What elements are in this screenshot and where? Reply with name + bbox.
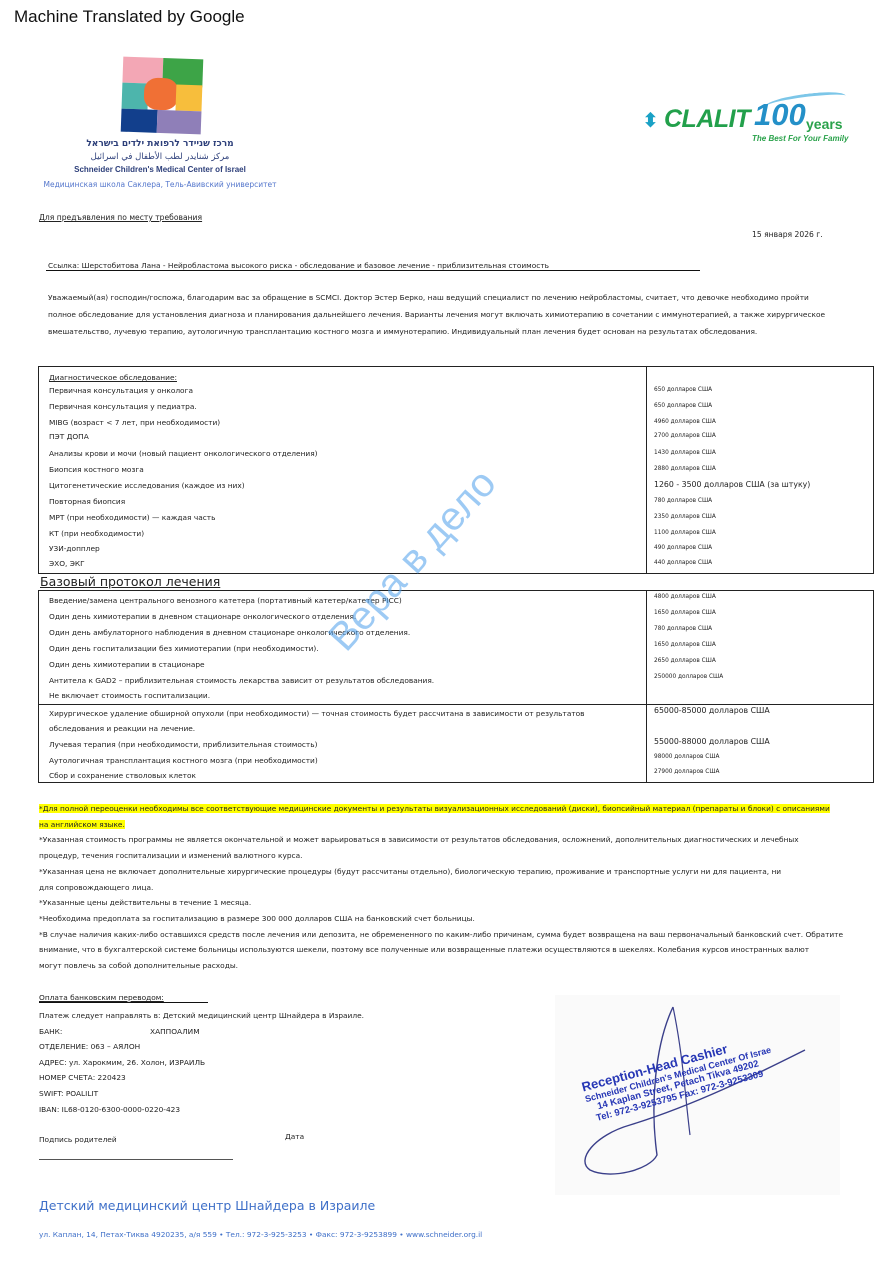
- protocol-row-price: 2650 долларов США: [654, 658, 716, 664]
- presentation-note: Для предъявления по месту требования: [39, 213, 202, 222]
- letter-date: 15 января 2026 г.: [752, 230, 823, 239]
- bank-branch: ОТДЕЛЕНИЕ: 063 – АЯЛОН: [39, 1039, 364, 1055]
- note-line: *Указанные цены действительны в течение …: [39, 895, 869, 911]
- machine-translation-banner: Machine Translated by Google: [14, 7, 245, 27]
- protocol-row-price: 1650 долларов США: [654, 610, 716, 616]
- parents-signature-label: Подпись родителей: [39, 1135, 117, 1144]
- diagnostics-row-label: Первичная консультация у онколога: [49, 386, 193, 395]
- bank-swift: SWIFT: POALILIT: [39, 1086, 364, 1102]
- protocol-title: Базовый протокол лечения: [40, 574, 220, 589]
- protocol-row-price: 780 долларов США: [654, 626, 712, 632]
- clalit-tagline: The Best For Your Family: [752, 134, 848, 143]
- diagnostics-row-price: 1260 - 3500 долларов США (за штуку): [654, 480, 810, 489]
- column-divider: [646, 367, 647, 573]
- note-line: *Указанная стоимость программы не являет…: [39, 832, 869, 848]
- schneider-logo-russian: Медицинская школа Саклера, Тель-Авивский…: [40, 180, 280, 189]
- protocol-row-label: Один день госпитализации без химиотерапи…: [49, 644, 319, 653]
- notes-section: *Для полной переоценки необходимы все со…: [39, 801, 869, 974]
- diagnostics-row-label: ПЭТ ДОПА: [49, 432, 89, 441]
- protocol-row-label: обследования и реакции на лечение.: [49, 724, 195, 733]
- diagnostics-row-label: ЭХО, ЭКГ: [49, 559, 85, 568]
- protocol-row-label: Аутологичная трансплантация костного моз…: [49, 756, 318, 765]
- note-line: процедур, течения госпитализации и измен…: [39, 848, 869, 864]
- protocol-table: Введение/замена центрального венозного к…: [38, 590, 874, 783]
- signature-line: [39, 1159, 233, 1160]
- diagnostics-row-price: 650 долларов США: [654, 403, 712, 409]
- clalit-years: years: [806, 116, 843, 132]
- bank-row: БАНК: ХАППОАЛИМ: [39, 1024, 364, 1040]
- diagnostics-row-label: УЗИ-допплер: [49, 544, 100, 553]
- protocol-row-price: 65000-85000 долларов США: [654, 706, 770, 715]
- bank-payee: Платеж следует направлять в: Детский мед…: [39, 1008, 364, 1024]
- diagnostics-row-price: 2880 долларов США: [654, 466, 716, 472]
- diagnostics-row-label: КТ (при необходимости): [49, 529, 144, 538]
- protocol-row-price: 250000 долларов США: [654, 674, 723, 680]
- schneider-logo-hebrew: מרכז שניידר לרפואת ילדים בישראל: [60, 139, 260, 149]
- bank-address: АДРЕС: ул. Харокмим, 26. Холон, ИЗРАИЛЬ: [39, 1055, 364, 1071]
- highlighted-note: *Для полной переоценки необходимы все со…: [39, 804, 830, 813]
- protocol-row-label: Лучевая терапия (при необходимости, приб…: [49, 740, 317, 749]
- column-divider: [646, 591, 647, 782]
- diagnostics-row-price: 1100 долларов США: [654, 530, 716, 536]
- reference-underline: [46, 270, 700, 271]
- row-divider: [39, 704, 873, 705]
- diagnostics-row-price: 490 долларов США: [654, 545, 712, 551]
- protocol-row-price: 4800 долларов США: [654, 594, 716, 600]
- bank-account: НОМЕР СЧЕТА: 220423: [39, 1070, 364, 1086]
- note-line: для сопровождающего лица.: [39, 880, 869, 896]
- diagnostics-row-label: Первичная консультация у педиатра.: [49, 402, 197, 411]
- note-line: могут повлечь за собой дополнительные ра…: [39, 958, 869, 974]
- diagnostics-row-label: Повторная биопсия: [49, 497, 125, 506]
- note-line: *Указанная цена не включает дополнительн…: [39, 864, 869, 880]
- diagnostics-row-price: 440 долларов США: [654, 560, 712, 566]
- diagnostics-row-price: 780 долларов США: [654, 498, 712, 504]
- schneider-puzzle-logo: [121, 57, 204, 135]
- protocol-row-price: 27900 долларов США: [654, 769, 720, 775]
- date-label: Дата: [285, 1132, 304, 1141]
- diagnostics-row-label: МРТ (при необходимости) — каждая часть: [49, 513, 215, 522]
- diagnostics-row-label: MIBG (возраст < 7 лет, при необходимости…: [49, 418, 220, 427]
- intro-line: вмешательство, лучевую терапию, аутологи…: [48, 323, 858, 340]
- schneider-logo-english: Schneider Children's Medical Center of I…: [50, 165, 270, 174]
- diagnostics-row-price: 2700 долларов США: [654, 433, 716, 439]
- bank-details: Платеж следует направлять в: Детский мед…: [39, 1008, 364, 1117]
- diagnostics-row-price: 4960 долларов США: [654, 419, 716, 425]
- bank-name: ХАППОАЛИМ: [150, 1024, 200, 1040]
- bank-transfer-title: Оплата банковским переводом:: [39, 993, 164, 1002]
- diagnostics-row-price: 1430 долларов США: [654, 450, 716, 456]
- diagnostics-row-price: 2350 долларов США: [654, 514, 716, 520]
- protocol-row-label: Один день химиотерапии в стационаре: [49, 660, 205, 669]
- diagnostics-row-label: Анализы крови и мочи (новый пациент онко…: [49, 449, 318, 458]
- highlighted-note: на английском языке.: [39, 820, 125, 829]
- reference-line: Ссылка: Шерстобитова Лана - Нейробластом…: [48, 261, 549, 270]
- bank-label: БАНК:: [39, 1027, 62, 1036]
- clalit-wordmark: CLALIT: [664, 105, 750, 134]
- intro-line: полное обследование для установления диа…: [48, 306, 858, 323]
- note-line: внимание, что в бухгалтерской системе бо…: [39, 942, 869, 958]
- schneider-logo-arabic: مركز شنايدر لطب الأطفال في اسرائيل: [60, 152, 260, 162]
- clalit-100: 100: [754, 97, 806, 133]
- note-line: *Необходима предоплата за госпитализацию…: [39, 911, 869, 927]
- intro-paragraph: Уважаемый(ая) господин/госпожа, благодар…: [48, 289, 858, 340]
- bank-iban: IBAN: IL68-0120-6300-0000-0220-423: [39, 1102, 364, 1118]
- protocol-row-label: Сбор и сохранение стволовых клеток: [49, 771, 196, 780]
- note-line: *В случае наличия каких-либо оставшихся …: [39, 927, 869, 943]
- diagnostics-title: Диагностическое обследование:: [49, 373, 177, 382]
- protocol-row-label: Не включает стоимость госпитализации.: [49, 691, 210, 700]
- diagnostics-row-label: Биопсия костного мозга: [49, 465, 144, 474]
- footer-address[interactable]: ул. Каплан, 14, Петах-Тиква 4920235, а/я…: [39, 1230, 482, 1239]
- clalit-logo: ⬍ CLALIT 100 years The Best For Your Fam…: [642, 100, 852, 150]
- clalit-mark-icon: ⬍: [642, 108, 659, 132]
- protocol-row-price: 98000 долларов США: [654, 754, 720, 760]
- intro-line: Уважаемый(ая) господин/госпожа, благодар…: [48, 289, 858, 306]
- footer-title: Детский медицинский центр Шнайдера в Изр…: [39, 1198, 375, 1213]
- protocol-row-price: 55000-88000 долларов США: [654, 737, 770, 746]
- protocol-row-price: 1650 долларов США: [654, 642, 716, 648]
- protocol-row-label: Один день химиотерапии в дневном стацион…: [49, 612, 356, 621]
- bank-title-underline: [39, 1002, 208, 1003]
- protocol-row-label: Хирургическое удаление обширной опухоли …: [49, 709, 585, 718]
- diagnostics-row-price: 650 долларов США: [654, 387, 712, 393]
- diagnostics-row-label: Цитогенетические исследования (каждое из…: [49, 481, 245, 490]
- protocol-row-label: Антитела к GAD2 – приблизительная стоимо…: [49, 676, 434, 685]
